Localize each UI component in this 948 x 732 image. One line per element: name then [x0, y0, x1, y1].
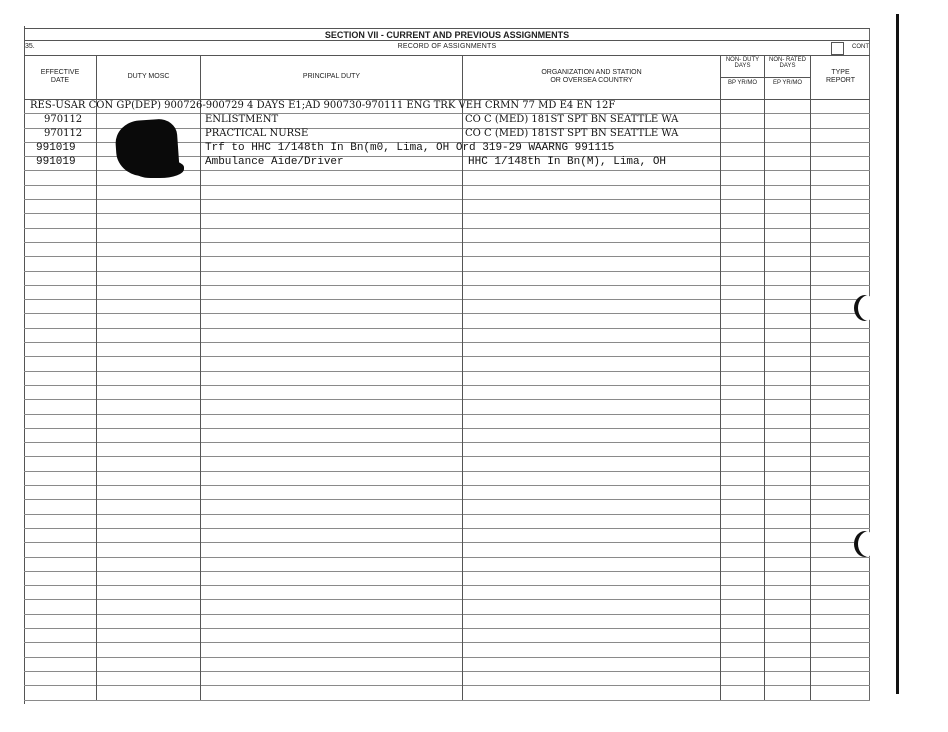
- table-row: [24, 372, 870, 386]
- entry-effective-date: 970112: [44, 114, 82, 126]
- entry-principal-duty: PRACTICAL NURSE: [205, 128, 308, 140]
- column-divider: [96, 100, 97, 700]
- header-organization: ORGANIZATION AND STATIONOR OVERSEA COUNT…: [462, 55, 720, 99]
- table-row: [24, 214, 870, 228]
- table-row: [24, 672, 870, 686]
- table-row: [24, 486, 870, 500]
- table-row: [24, 615, 870, 629]
- record-title: RECORD OF ASSIGNMENTS: [24, 43, 870, 50]
- table-row: [24, 500, 870, 514]
- table-row: [24, 343, 870, 357]
- table-row: [24, 243, 870, 257]
- entry-organization: CO C (MED) 181ST SPT BN SEATTLE WA: [465, 128, 678, 140]
- column-divider: [200, 100, 201, 700]
- entry-full-line: RES-USAR CON GP(DEP) 900726-900729 4 DAY…: [30, 100, 615, 112]
- table-row: [24, 572, 870, 586]
- entry-principal-duty: Trf to HHC 1/148th In Bn(m0, Lima, OH Or…: [205, 142, 614, 154]
- table-row: [24, 186, 870, 200]
- table-row: [24, 586, 870, 600]
- table-row: [24, 300, 870, 314]
- table-row: [24, 429, 870, 443]
- header-label: NON- RATED DAYS: [765, 57, 810, 78]
- table-row: [24, 386, 870, 400]
- record-title-row: 35. RECORD OF ASSIGNMENTS CONT: [24, 40, 870, 56]
- table-row: [24, 658, 870, 672]
- table-row: [24, 458, 870, 472]
- entry-organization: CO C (MED) 181ST SPT BN SEATTLE WA: [465, 114, 678, 126]
- table-row: [24, 315, 870, 329]
- table-row: [24, 200, 870, 214]
- header-label: BP YR/MO: [721, 80, 764, 86]
- column-divider: [810, 100, 811, 700]
- table-row: [24, 601, 870, 615]
- header-label: NON- DUTY DAYS: [721, 57, 764, 78]
- table-row: [24, 472, 870, 486]
- header-non-rated-days: NON- RATED DAYS EP YR/MO: [764, 55, 810, 99]
- header-label: ORGANIZATION AND STATION: [541, 69, 641, 77]
- table-row: [24, 400, 870, 414]
- header-label: DATE: [41, 77, 80, 85]
- header-label: TYPE: [826, 69, 855, 77]
- table-row: [24, 643, 870, 657]
- header-label: PRINCIPAL DUTY: [303, 73, 360, 81]
- section-title: SECTION VII - CURRENT AND PREVIOUS ASSIG…: [24, 30, 870, 40]
- header-non-duty-days: NON- DUTY DAYS BP YR/MO: [720, 55, 764, 99]
- entry-effective-date: 991019: [36, 142, 76, 154]
- cont-label: CONT: [852, 44, 869, 50]
- table-row: [24, 543, 870, 557]
- cont-checkbox[interactable]: [831, 42, 844, 55]
- entry-principal-duty: ENLISTMENT: [205, 114, 278, 126]
- punch-hole: [854, 295, 876, 321]
- binder-edge: [896, 14, 899, 694]
- table-row: [24, 257, 870, 271]
- entry-effective-date: 970112: [44, 128, 82, 140]
- table-row: [24, 415, 870, 429]
- redaction-mark: [136, 160, 184, 178]
- header-label: OR OVERSEA COUNTRY: [541, 77, 641, 85]
- header-principal-duty: PRINCIPAL DUTY: [200, 55, 462, 99]
- header-effective-date: EFFECTIVEDATE: [24, 55, 96, 99]
- table-header: EFFECTIVEDATE DUTY MOSC PRINCIPAL DUTY O…: [24, 55, 870, 100]
- header-label: EFFECTIVE: [41, 69, 80, 77]
- table-row: [24, 686, 870, 700]
- table-row: [24, 529, 870, 543]
- header-type-report: TYPEREPORT: [810, 55, 870, 99]
- entry-principal-duty: Ambulance Aide/Driver: [205, 156, 344, 168]
- header-label: REPORT: [826, 77, 855, 85]
- header-label: EP YR/MO: [765, 80, 810, 86]
- table-row: [24, 629, 870, 643]
- column-divider: [720, 100, 721, 700]
- column-divider: [462, 100, 463, 700]
- table-row: [24, 286, 870, 300]
- table-row: [24, 515, 870, 529]
- table-row: [24, 357, 870, 371]
- table-row: [24, 272, 870, 286]
- table-row: [24, 229, 870, 243]
- punch-hole: [854, 531, 876, 557]
- table-row: [24, 558, 870, 572]
- header-duty-mosc: DUTY MOSC: [96, 55, 200, 99]
- table-row: [24, 443, 870, 457]
- table-row: [24, 329, 870, 343]
- header-label: DUTY MOSC: [128, 73, 170, 81]
- entry-effective-date: 991019: [36, 156, 76, 168]
- column-divider: [764, 100, 765, 700]
- entry-organization: HHC 1/148th In Bn(M), Lima, OH: [468, 156, 666, 168]
